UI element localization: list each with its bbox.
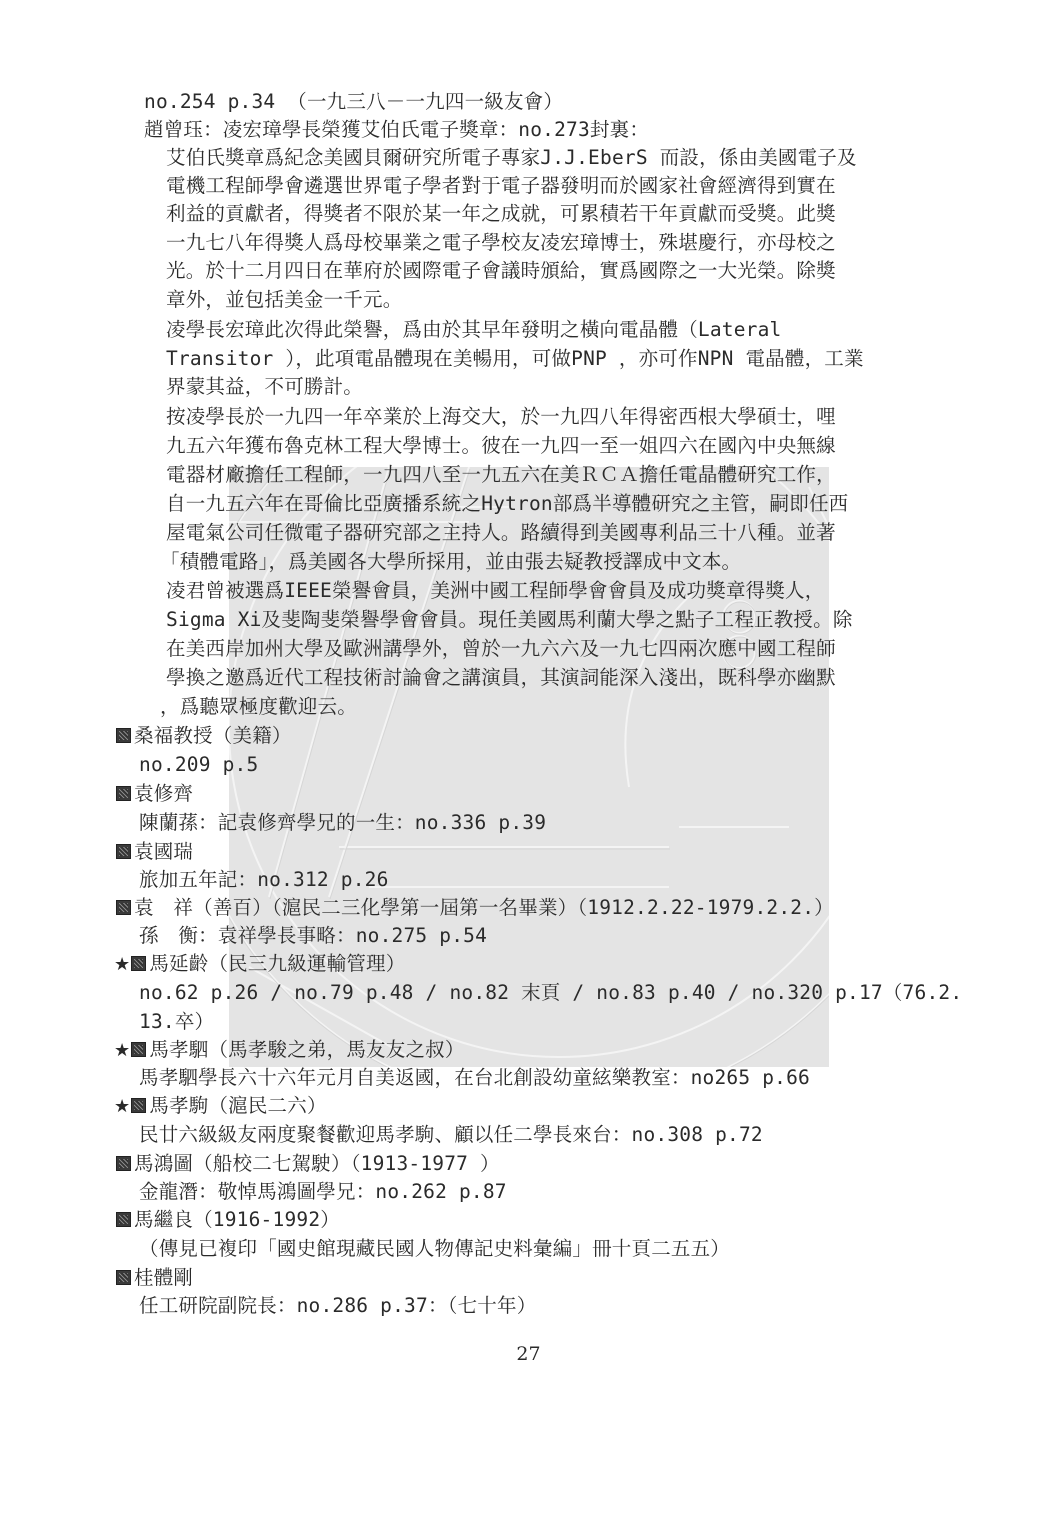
article-line: ，爲聽眾極度歡迎云。 [160,693,357,721]
page-number: 27 [0,1342,1057,1366]
article-line: 章外，並包括美金一千元。 [166,286,402,314]
entry-bullet-icon [116,728,131,743]
entry-detail: no.209 p.5 [139,751,258,779]
entry-detail: 孫 衡：袁祥學長事略：no.275 p.54 [139,922,487,950]
entry-heading: 袁國瑞 [116,838,193,866]
entry-heading: 袁 祥（善百）（滬民二三化學第一屆第一名畢業）（1912.2.22-1979.2… [116,894,834,922]
entry-name: 馬孝駟（馬孝駿之弟，馬友友之叔） [149,1038,464,1061]
entry-bullet-icon [131,1042,146,1057]
entry-heading: 桂體剛 [116,1264,193,1292]
entry-name: 馬孝駒（滬民二六） [149,1094,326,1117]
entry-detail: 金龍潛：敬悼馬鴻圖學兄：no.262 p.87 [139,1178,507,1206]
entry-bullet-icon [116,1270,131,1285]
star-icon: ★ [114,1093,130,1121]
entry-detail: 旅加五年記：no.312 p.26 [139,866,389,894]
entry-name: 袁國瑞 [134,840,193,863]
article-line: 一九七八年得獎人爲母校畢業之電子學校友凌宏璋博士，殊堪慶行，亦母校之 [166,229,836,257]
entry-detail: 陳蘭蓀：記袁修齊學兄的一生：no.336 p.39 [139,809,546,837]
star-icon: ★ [114,1037,130,1065]
entry-bullet-icon [116,1156,131,1171]
intro-line: 趙曾珏：凌宏璋學長榮獲艾伯氏電子獎章：no.273封裏： [144,116,649,144]
entry-bullet-icon [116,786,131,801]
entry-bullet-icon [131,956,146,971]
entry-detail: 任工研院副院長：no.286 p.37：（七十年） [139,1292,536,1320]
article-line: 在美西岸加州大學及歐洲講學外，曾於一九六六及一九七四兩次應中國工程師 [166,635,836,663]
entry-heading: 馬繼良（1916-1992） [116,1206,340,1234]
star-icon: ★ [114,951,130,979]
entry-detail: 馬孝駟學長六十六年元月自美返國，在台北創設幼童絃樂教室：no265 p.66 [139,1064,810,1092]
entry-name: 馬鴻圖（船校二七駕駛）（1913-1977 ） [134,1152,500,1175]
entry-detail: 民廿六級級友兩度聚餐歡迎馬孝駒、顧以任二學長來台：no.308 p.72 [139,1121,763,1149]
entry-detail: no.62 p.26 / no.79 p.48 / no.82 末頁 / no.… [139,979,962,1007]
article-line: 「積體電路」，爲美國各大學所採用，並由張去疑教授譯成中文本。 [160,548,741,576]
article-line: 九五六年獲布魯克林工程大學博士。彼在一九四一至一姐四六在國內中央無線 [166,432,836,460]
entry-name: 袁 祥（善百）（滬民二三化學第一屆第一名畢業）（1912.2.22-1979.2… [134,896,834,919]
entry-name: 馬繼良（1916-1992） [134,1208,340,1231]
entry-name: 袁修齊 [134,782,193,805]
entry-heading: 馬鴻圖（船校二七駕駛）（1913-1977 ） [116,1150,500,1178]
entry-bullet-icon [116,844,131,859]
entry-name: 桑福教授（美籍） [134,724,292,747]
entry-name: 桂體剛 [134,1266,193,1289]
entry-detail: 13.卒） [139,1008,214,1036]
article-line: 按凌學長於一九四一年卒業於上海交大，於一九四八年得密西根大學碩士，哩 [166,403,836,431]
article-line: 艾伯氏獎章爲紀念美國貝爾研究所電子專家J.J.EberS 而設，係由美國電子及 [166,144,857,172]
entry-heading: ★馬孝駟（馬孝駿之弟，馬友友之叔） [114,1036,465,1065]
entry-bullet-icon [131,1098,146,1113]
entry-name: 馬延齡（民三九級運輸管理） [149,952,405,975]
entry-heading: 袁修齊 [116,780,193,808]
article-line: 界蒙其益，不可勝計。 [166,373,363,401]
article-line: 學換之邀爲近代工程技術討論會之講演員，其演詞能深入淺出，既科學亦幽默 [166,664,836,692]
entry-bullet-icon [116,900,131,915]
article-line: 屋電氣公司任微電子器研究部之主持人。路續得到美國專利品三十八種。並著 [166,519,836,547]
article-line: 凌學長宏璋此次得此榮譽，爲由於其早年發明之橫向電晶體（Lateral [166,316,781,344]
article-line: 電器材廠擔任工程師，一九四八至一九五六在美ＲＣＡ擔任電晶體研究工作， [166,461,836,489]
article-line: 凌君曾被選爲IEEE榮譽會員，美洲中國工程師學會會員及成功獎章得獎人， [166,577,824,605]
article-line: 電機工程師學會遴選世界電子學者對于電子器發明而於國家社會經濟得到實在 [166,172,836,200]
entry-heading: ★馬孝駒（滬民二六） [114,1092,327,1121]
document-page: no.254 p.34 （一九三八－一九四一級友會） 趙曾珏：凌宏璋學長榮獲艾伯… [0,0,1057,1536]
entry-detail: （傳見已複印「國史館現藏民國人物傳記史料彙編」冊十頁二五五） [139,1235,730,1263]
article-line: 光。於十二月四日在華府於國際電子會議時頒給，實爲國際之一大光榮。除獎 [166,257,836,285]
entry-heading: 桑福教授（美籍） [116,722,292,750]
article-line: 利益的貢獻者，得獎者不限於某一年之成就，可累積若干年貢獻而受獎。此獎 [166,200,836,228]
article-line: Sigma Xi及斐陶斐榮譽學會會員。現任美國馬利蘭大學之點子工程正教授。除 [166,606,853,634]
article-line: 自一九五六年在哥倫比亞廣播系統之Hytron部爲半導體研究之主管，嗣即任西 [166,490,848,518]
entry-bullet-icon [116,1212,131,1227]
entry-heading: ★馬延齡（民三九級運輸管理） [114,950,405,979]
article-line: Transitor ），此項電晶體現在美暢用，可做PNP ，亦可作NPN 電晶體… [166,345,864,373]
intro-line: no.254 p.34 （一九三八－一九四一級友會） [144,88,563,116]
